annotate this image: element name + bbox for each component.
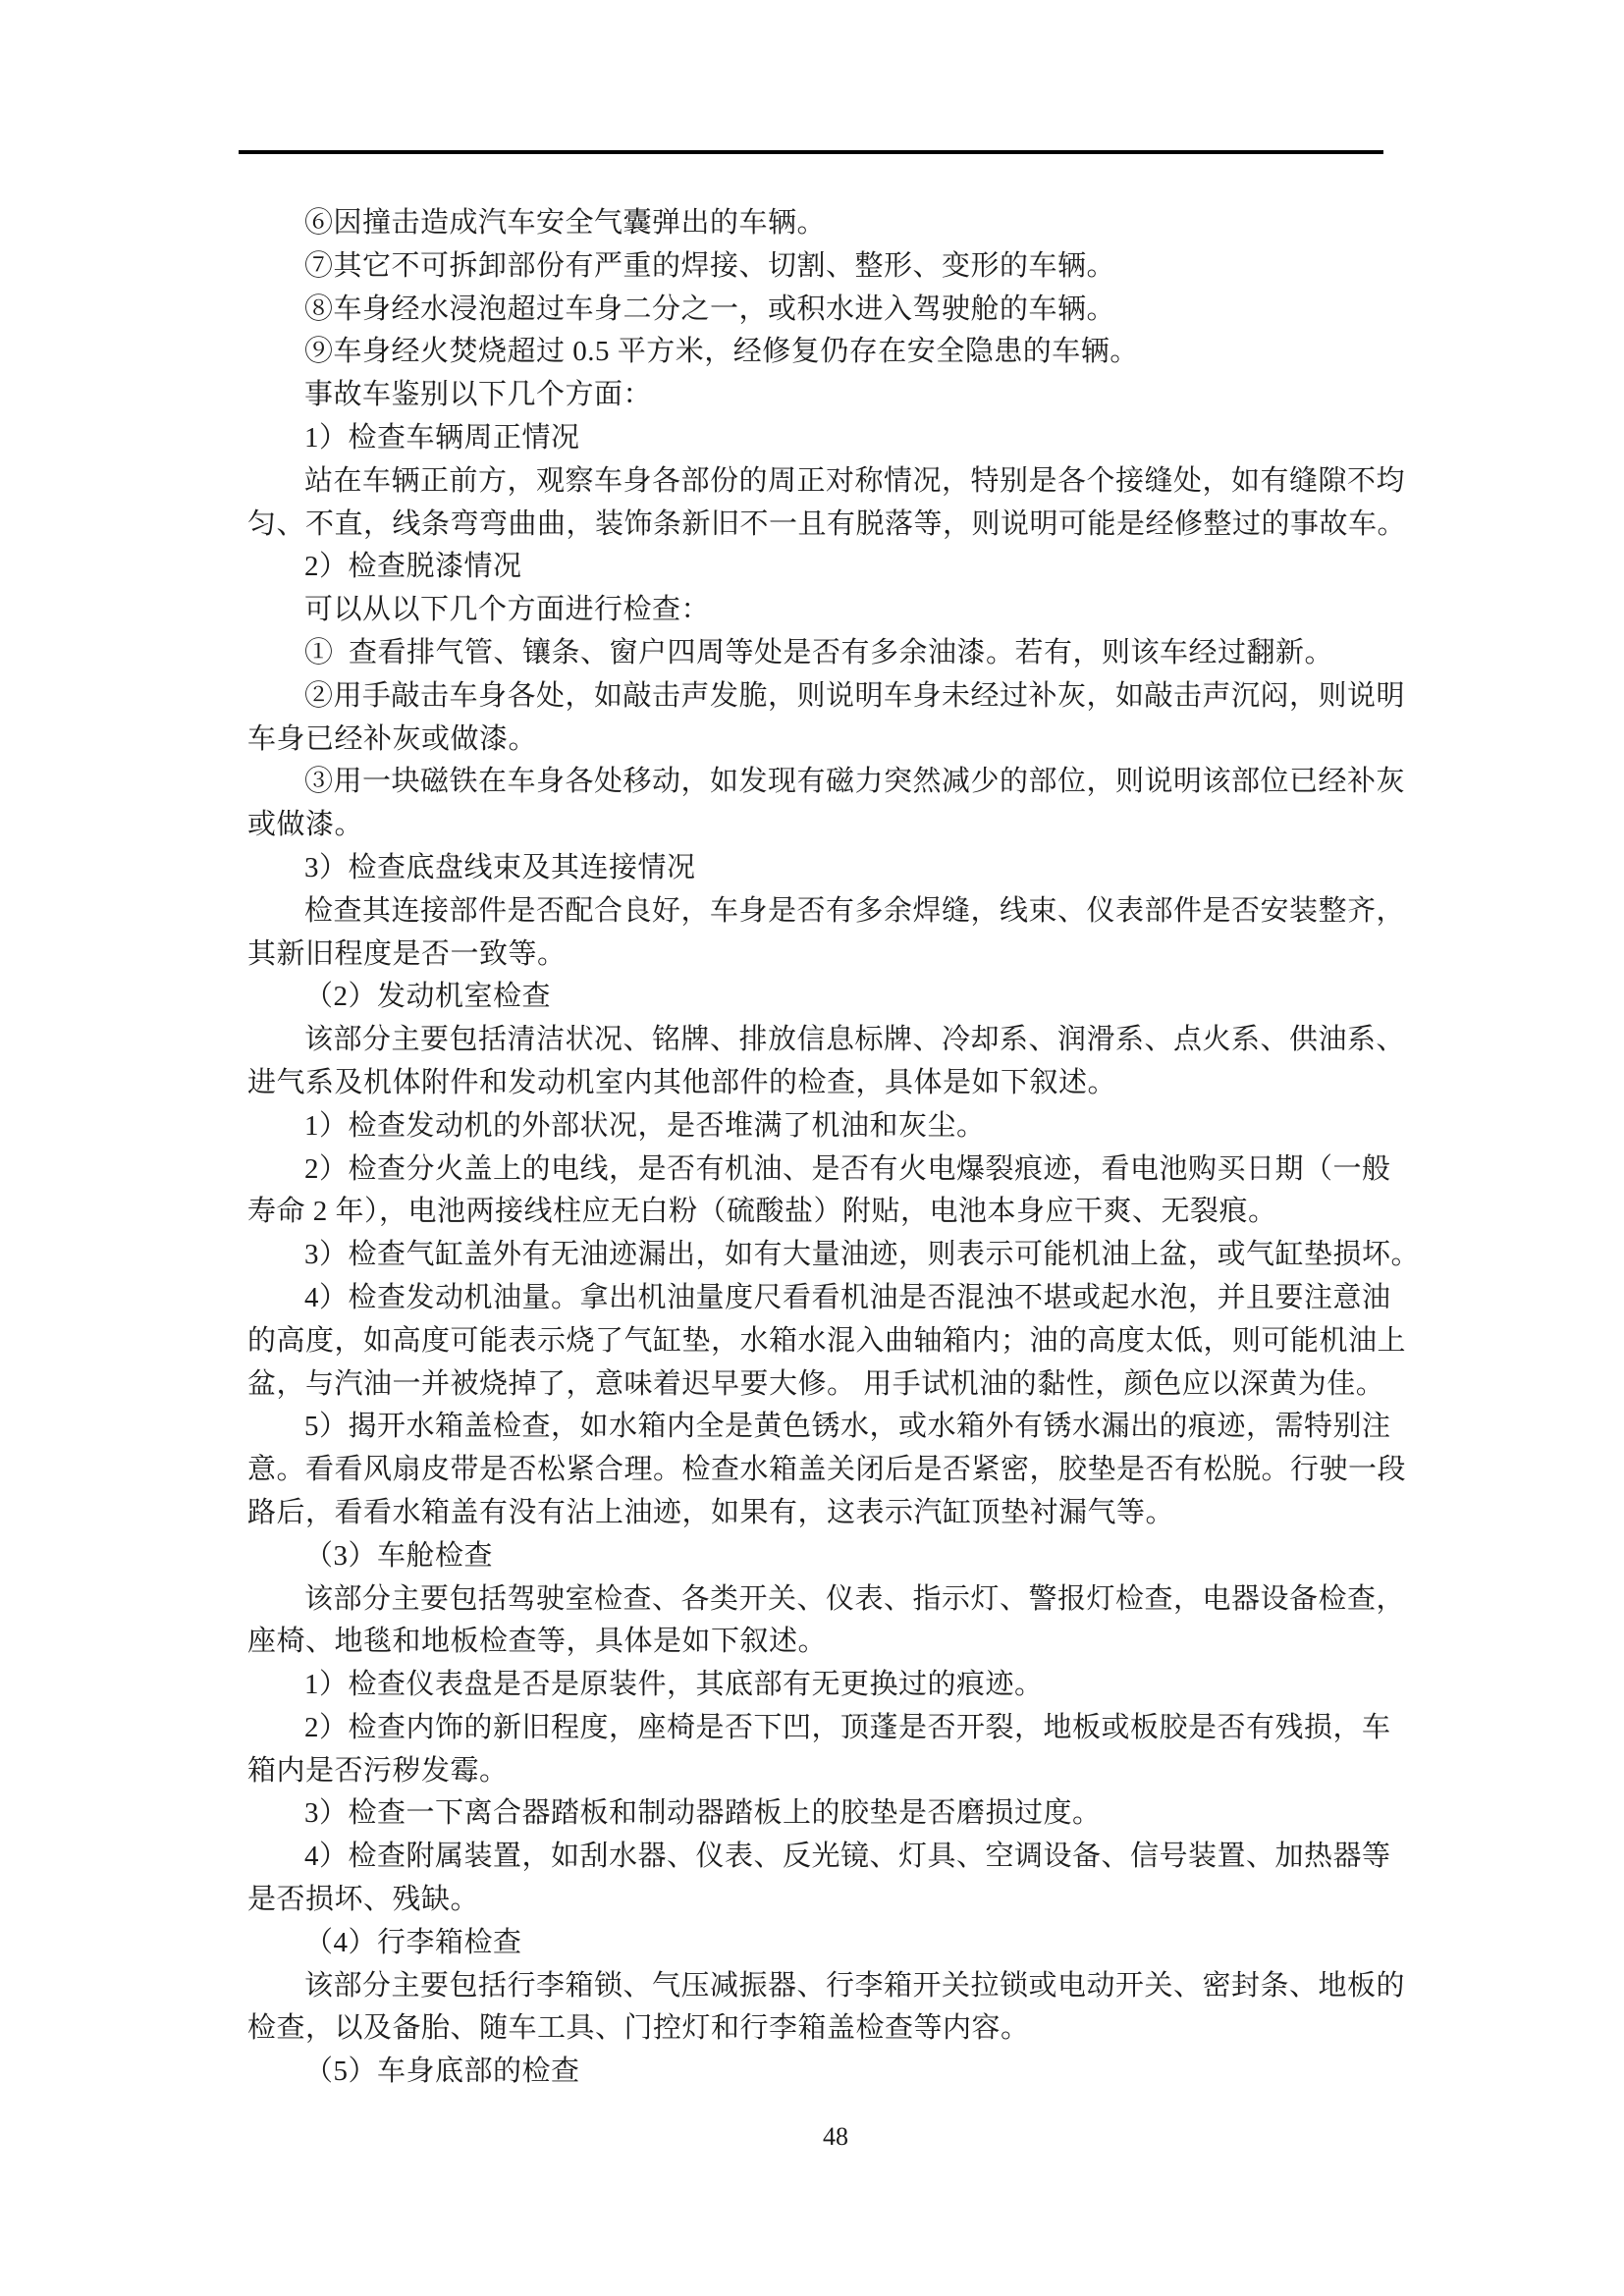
text-line: 2）检查分火盖上的电线，是否有机油、是否有火电爆裂痕迹，看电池购买日期（一般 <box>247 1148 1388 1192</box>
text-line: ① 查看排气管、镶条、窗户四周等处是否有多余油漆。若有，则该车经过翻新。 <box>247 632 1388 675</box>
text-line: 2）检查内饰的新旧程度，座椅是否下凹，顶蓬是否开裂，地板或板胶是否有残损，车 <box>247 1707 1388 1750</box>
text-line: 盆，与汽油一并被烧掉了，意味着迟早要大修。 用手试机油的黏性，颜色应以深黄为佳。 <box>247 1363 1388 1407</box>
text-line: 该部分主要包括行李箱锁、气压减振器、行李箱开关拉锁或电动开关、密封条、地板的 <box>247 1965 1388 2008</box>
text-line: 箱内是否污秽发霉。 <box>247 1750 1388 1793</box>
text-line: 站在车辆正前方，观察车身各部份的周正对称情况，特别是各个接缝处，如有缝隙不均 <box>247 460 1388 504</box>
text-line: （3）车舱检查 <box>247 1535 1388 1578</box>
text-line: ②用手敲击车身各处，如敲击声发脆，则说明车身未经过补灰，如敲击声沉闷，则说明 <box>247 675 1388 719</box>
header-rule <box>239 150 1383 154</box>
text-line: 3）检查气缸盖外有无油迹漏出，如有大量油迹，则表示可能机油上盆，或气缸垫损坏。 <box>247 1234 1388 1277</box>
text-line: 匀、不直，线条弯弯曲曲，装饰条新旧不一且有脱落等，则说明可能是经修整过的事故车。 <box>247 504 1388 547</box>
text-line: 4）检查附属装置，如刮水器、仪表、反光镜、灯具、空调设备、信号装置、加热器等 <box>247 1836 1388 1879</box>
body-text: ⑥因撞击造成汽车安全气囊弹出的车辆。⑦其它不可拆卸部份有严重的焊接、切割、整形、… <box>247 202 1388 2094</box>
text-line: 意。看看风扇皮带是否松紧合理。检查水箱盖关闭后是否紧密，胶垫是否有松脱。行驶一段 <box>247 1449 1388 1492</box>
text-line: 或做漆。 <box>247 804 1388 847</box>
text-line: 可以从以下几个方面进行检查： <box>247 589 1388 632</box>
text-line: 3）检查底盘线束及其连接情况 <box>247 847 1388 890</box>
text-line: 检查，以及备胎、随车工具、门控灯和行李箱盖检查等内容。 <box>247 2007 1388 2051</box>
text-line: （2）发动机室检查 <box>247 976 1388 1019</box>
text-line: 3）检查一下离合器踏板和制动器踏板上的胶垫是否磨损过度。 <box>247 1792 1388 1836</box>
text-line: ⑨车身经火焚烧超过 0.5 平方米，经修复仍存在安全隐患的车辆。 <box>247 331 1388 374</box>
text-line: 4）检查发动机油量。拿出机油量度尺看看机油是否混浊不堪或起水泡，并且要注意油 <box>247 1277 1388 1320</box>
text-line: 车身已经补灰或做漆。 <box>247 719 1388 762</box>
text-line: ③用一块磁铁在车身各处移动，如发现有磁力突然减少的部位，则说明该部位已经补灰 <box>247 761 1388 804</box>
text-line: ⑦其它不可拆卸部份有严重的焊接、切割、整形、变形的车辆。 <box>247 245 1388 289</box>
text-line: 该部分主要包括清洁状况、铭牌、排放信息标牌、冷却系、润滑系、点火系、供油系、 <box>247 1019 1388 1062</box>
text-line: 路后，看看水箱盖有没有沾上油迹，如果有，这表示汽缸顶垫衬漏气等。 <box>247 1492 1388 1535</box>
text-line: 事故车鉴别以下几个方面： <box>247 374 1388 417</box>
text-line: （4）行李箱检查 <box>247 1922 1388 1965</box>
text-line: 1）检查发动机的外部状况，是否堆满了机油和灰尘。 <box>247 1105 1388 1148</box>
text-line: ⑧车身经水浸泡超过车身二分之一，或积水进入驾驶舱的车辆。 <box>247 289 1388 332</box>
text-line: 进气系及机体附件和发动机室内其他部件的检查，具体是如下叙述。 <box>247 1062 1388 1105</box>
text-line: 寿命 2 年），电池两接线柱应无白粉（硫酸盐）附贴，电池本身应干爽、无裂痕。 <box>247 1191 1388 1234</box>
text-line: 的高度，如高度可能表示烧了气缸垫，水箱水混入曲轴箱内；油的高度太低，则可能机油上 <box>247 1320 1388 1363</box>
text-line: 检查其连接部件是否配合良好，车身是否有多余焊缝，线束、仪表部件是否安装整齐， <box>247 890 1388 934</box>
text-line: 其新旧程度是否一致等。 <box>247 934 1388 977</box>
page-number: 48 <box>823 2120 848 2154</box>
text-line: 座椅、地毯和地板检查等，具体是如下叙述。 <box>247 1621 1388 1664</box>
document-page: ⑥因撞击造成汽车安全气囊弹出的车辆。⑦其它不可拆卸部份有严重的焊接、切割、整形、… <box>0 0 1624 2296</box>
text-line: 5）揭开水箱盖检查，如水箱内全是黄色锈水，或水箱外有锈水漏出的痕迹，需特别注 <box>247 1406 1388 1449</box>
text-line: 2）检查脱漆情况 <box>247 546 1388 589</box>
text-line: （5）车身底部的检查 <box>247 2051 1388 2094</box>
text-line: 1）检查仪表盘是否是原装件，其底部有无更换过的痕迹。 <box>247 1664 1388 1707</box>
text-line: 1）检查车辆周正情况 <box>247 417 1388 460</box>
text-line: 是否损坏、残缺。 <box>247 1879 1388 1922</box>
text-line: ⑥因撞击造成汽车安全气囊弹出的车辆。 <box>247 202 1388 245</box>
text-line: 该部分主要包括驾驶室检查、各类开关、仪表、指示灯、警报灯检查，电器设备检查， <box>247 1578 1388 1622</box>
